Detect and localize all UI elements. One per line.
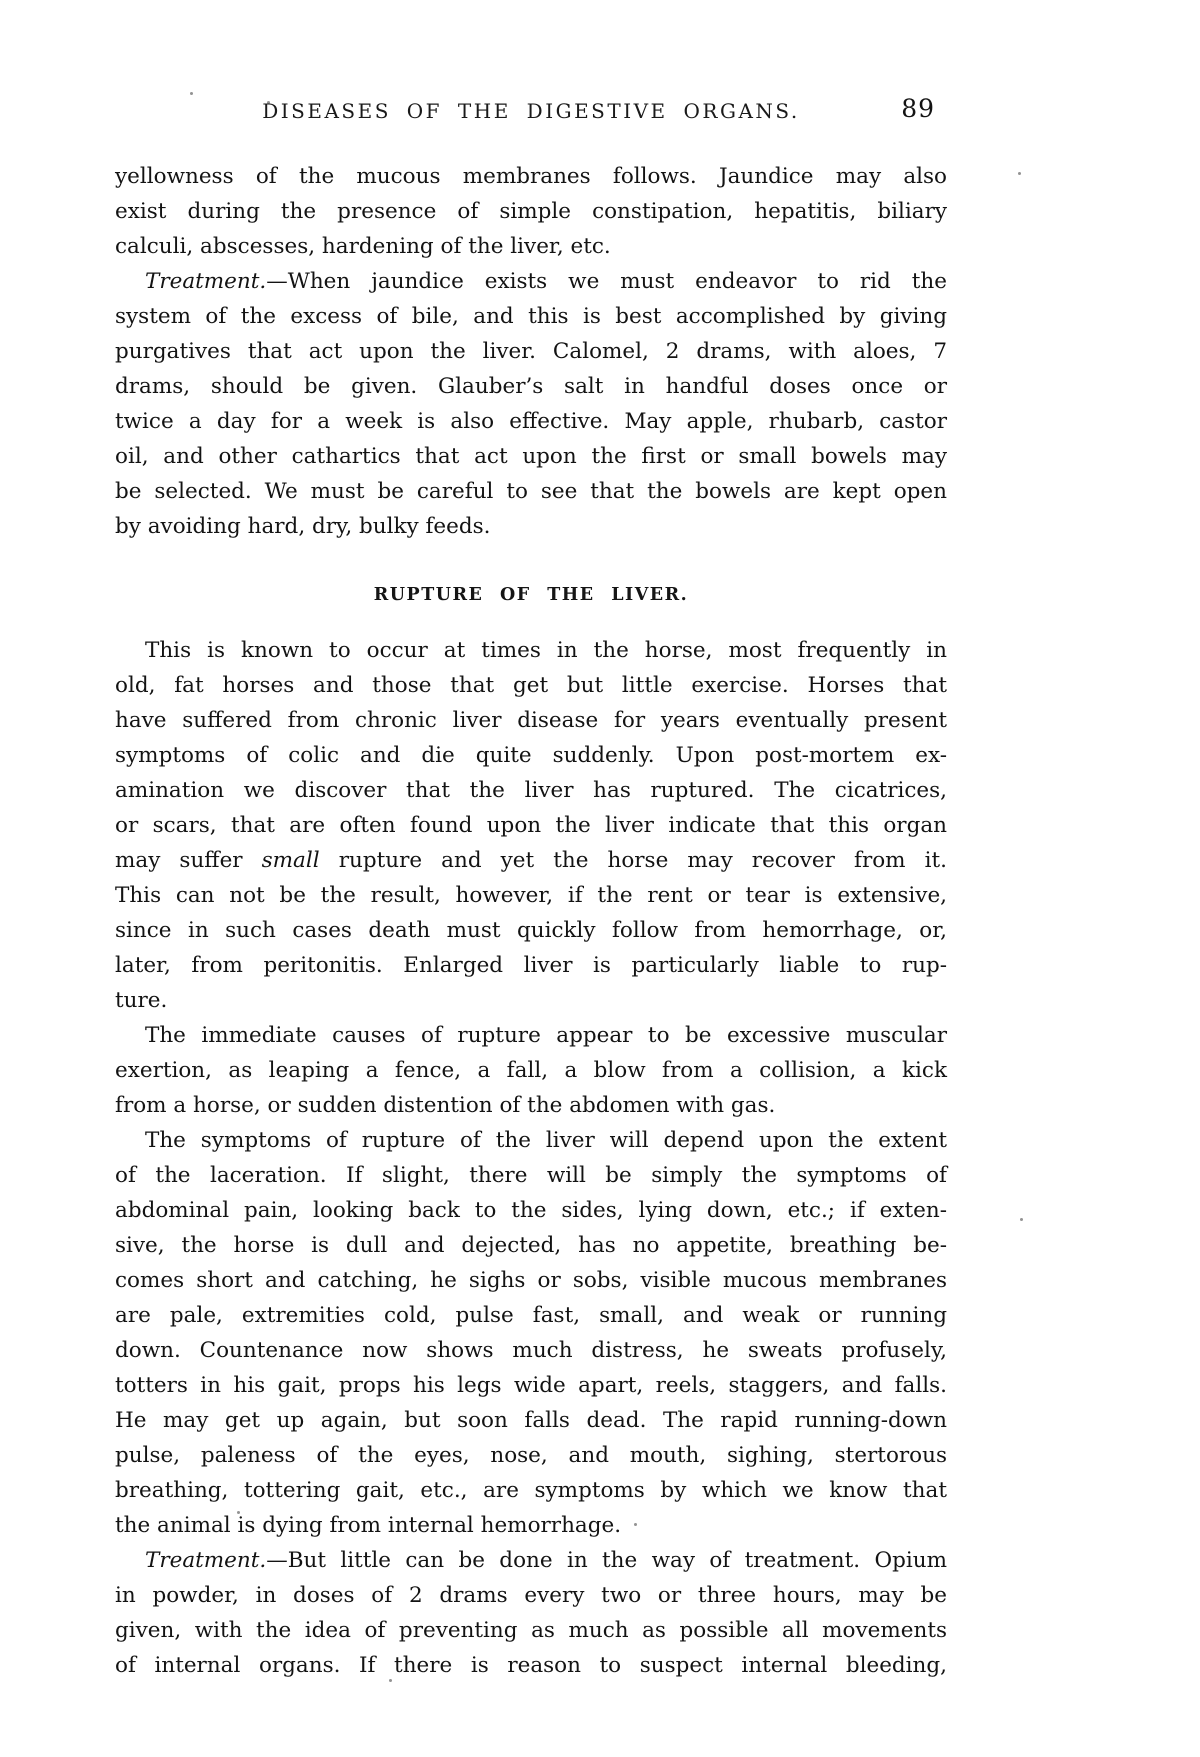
text-line: or scars, that are often found upon the … [115,808,947,843]
emphasized-word-small: small [262,848,320,873]
text-line: system of the excess of bile, and this i… [115,299,947,334]
text-line: down. Countenance now shows much distres… [115,1333,947,1368]
text-block: DISEASES OF THE DIGESTIVE ORGANS. 89 yel… [115,0,947,1683]
text-line: exist during the presence of simple cons… [115,194,947,229]
treatment-label: Treatment. [145,269,266,294]
text-line: are pale, extremities cold, pulse fast, … [115,1298,947,1333]
text-line: from a horse, or sudden distention of th… [115,1088,947,1123]
text-segment: —When jaundice exists we must endeavor t… [266,269,947,294]
paragraph-jaundice-treatment: Treatment.—When jaundice exists we must … [115,264,947,544]
text-line: old, fat horses and those that get but l… [115,668,947,703]
text-segment: —But little can be done in the way of tr… [266,1548,947,1573]
text-line: ture. [115,983,947,1018]
body-text: yellowness of the mucous membranes follo… [115,159,947,1683]
page-number: 89 [901,94,935,123]
text-line: abdominal pain, looking back to the side… [115,1193,947,1228]
section-heading-rupture-of-the-liver: RUPTURE OF THE LIVER. [115,584,947,606]
scan-speck [1018,172,1021,175]
text-line: drams, should be given. Glauber’s salt i… [115,369,947,404]
text-line: The symptoms of rupture of the liver wil… [115,1123,947,1158]
text-line: the animal is dying from internal hemorr… [115,1508,947,1543]
text-line: given, with the idea of preventing as mu… [115,1613,947,1648]
paragraph-rupture-overview: This is known to occur at times in the h… [115,633,947,1018]
text-line: of internal organs. If there is reason t… [115,1648,947,1683]
text-line: by avoiding hard, dry, bulky feeds. [115,509,947,544]
text-line: symptoms of colic and die quite suddenly… [115,738,947,773]
text-line: Treatment.—When jaundice exists we must … [115,264,947,299]
paragraph-rupture-treatment: Treatment.—But little can be done in the… [115,1543,947,1683]
text-line: may suffer small rupture and yet the hor… [115,843,947,878]
running-header-title: DISEASES OF THE DIGESTIVE ORGANS. [262,99,799,123]
text-segment: rupture and yet the horse may recover fr… [320,848,947,873]
text-line: sive, the horse is dull and dejected, ha… [115,1228,947,1263]
text-line: This can not be the result, however, if … [115,878,947,913]
text-line: twice a day for a week is also effective… [115,404,947,439]
treatment-label: Treatment. [145,1548,266,1573]
text-line: later, from peritonitis. Enlarged liver … [115,948,947,983]
text-line: oil, and other cathartics that act upon … [115,439,947,474]
text-line: He may get up again, but soon falls dead… [115,1403,947,1438]
text-line: breathing, tottering gait, etc., are sym… [115,1473,947,1508]
text-line: since in such cases death must quickly f… [115,913,947,948]
paragraph-jaundice-continuation: yellowness of the mucous membranes follo… [115,159,947,264]
text-line: totters in his gait, props his legs wide… [115,1368,947,1403]
text-line: This is known to occur at times in the h… [115,633,947,668]
text-segment: may suffer [115,848,262,873]
paragraph-symptoms: The symptoms of rupture of the liver wil… [115,1123,947,1543]
text-line: in powder, in doses of 2 drams every two… [115,1578,947,1613]
text-line: have suffered from chronic liver disease… [115,703,947,738]
text-line: be selected. We must be careful to see t… [115,474,947,509]
text-line: The immediate causes of rupture appear t… [115,1018,947,1053]
text-line: exertion, as leaping a fence, a fall, a … [115,1053,947,1088]
running-header: DISEASES OF THE DIGESTIVE ORGANS. 89 [115,99,947,125]
paragraph-immediate-causes: The immediate causes of rupture appear t… [115,1018,947,1123]
text-line: amination we discover that the liver has… [115,773,947,808]
text-line: yellowness of the mucous membranes follo… [115,159,947,194]
text-line: of the laceration. If slight, there will… [115,1158,947,1193]
text-line: Treatment.—But little can be done in the… [115,1543,947,1578]
text-line: purgatives that act upon the liver. Calo… [115,334,947,369]
scanned-book-page: DISEASES OF THE DIGESTIVE ORGANS. 89 yel… [0,0,1200,1757]
text-line: pulse, paleness of the eyes, nose, and m… [115,1438,947,1473]
text-line: comes short and catching, he sighs or so… [115,1263,947,1298]
scan-speck [1020,1218,1023,1221]
text-line: calculi, abscesses, hardening of the liv… [115,229,947,264]
